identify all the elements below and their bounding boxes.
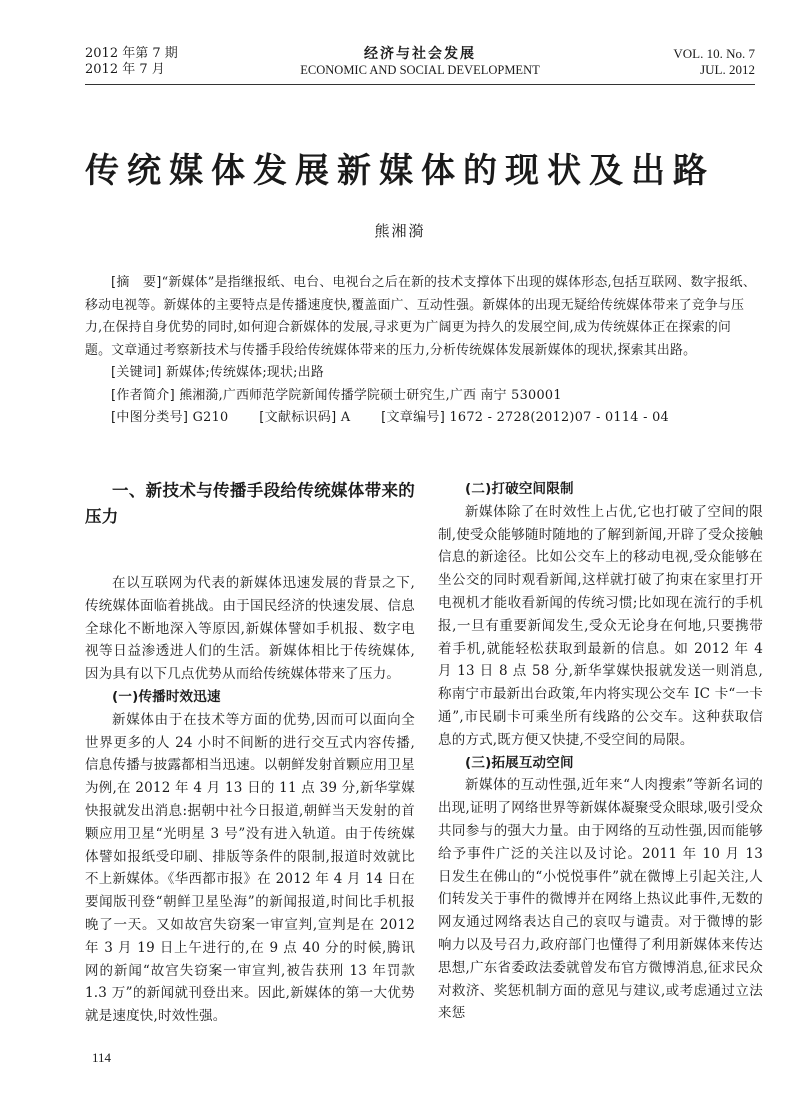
author-bio-value: 熊湘漪,广西师范学院新闻传播学院硕士研究生,广西 南宁 530001 xyxy=(179,388,561,403)
abstract-text: “新媒体”是指继报纸、电台、电视台之后在新的技术支撑体下出现的媒体形态,包括互联… xyxy=(85,275,756,358)
author-bio-line: [作者简介] 熊湘漪,广西师范学院新闻传播学院硕士研究生,广西 南宁 53000… xyxy=(85,385,757,408)
subsection-heading-1: (一)传播时效迅速 xyxy=(85,686,415,709)
section-1-intro: 在以互联网为代表的新媒体迅速发展的背景之下,传统媒体面临着挑战。由于国民经济的快… xyxy=(85,572,415,686)
article-title: 传统媒体发展新媒体的现状及出路 xyxy=(0,143,800,192)
clc-label: [中图分类号] xyxy=(111,410,188,425)
keywords-line: [关键词] 新媒体;传统媒体;现状;出路 xyxy=(85,362,757,385)
body-column-right: (二)打破空间限制 新媒体除了在时效性上占优,它也打破了空间的限制,使受众能够随… xyxy=(438,478,763,1025)
abstract-label: [摘 要] xyxy=(111,275,162,290)
volume-number: VOL. 10. No. 7 xyxy=(673,46,755,62)
section-heading-1: 一、新技术与传播手段给传统媒体带来的压力 xyxy=(85,478,415,530)
doc-code-label: [文献标识码] xyxy=(259,410,336,425)
body-column-left: 一、新技术与传播手段给传统媒体带来的压力 在以互联网为代表的新媒体迅速发展的背景… xyxy=(85,478,415,1028)
page-number: 114 xyxy=(92,1050,111,1066)
journal-name-cn: 经济与社会发展 xyxy=(85,46,755,62)
author-bio-label: [作者简介] xyxy=(111,388,175,403)
abstract-paragraph: [摘 要]“新媒体”是指继报纸、电台、电视台之后在新的技术支撑体下出现的媒体形态… xyxy=(85,272,757,362)
journal-header: 2012 年第 7 期 2012 年 7 月 经济与社会发展 ECONOMIC … xyxy=(85,46,755,85)
article-no-value: 1672 - 2728(2012)07 - 0114 - 04 xyxy=(449,410,669,425)
classification-line: [中图分类号] G210 [文献标识码] A [文章编号] 1672 - 272… xyxy=(85,407,757,430)
journal-name-en: ECONOMIC AND SOCIAL DEVELOPMENT xyxy=(85,62,755,78)
keywords-label: [关键词] xyxy=(111,365,162,380)
article-author: 熊湘漪 xyxy=(0,220,800,241)
subsection-2-text: 新媒体除了在时效性上占优,它也打破了空间的限制,使受众能够随时随地的了解到新闻,… xyxy=(438,501,763,752)
doc-code-value: A xyxy=(341,410,351,425)
subsection-3-text: 新媒体的互动性强,近年来“人肉搜索”等新名词的出现,证明了网络世界等新媒体凝聚受… xyxy=(438,774,763,1025)
header-journal-name: 经济与社会发展 ECONOMIC AND SOCIAL DEVELOPMENT xyxy=(85,46,755,78)
abstract-block: [摘 要]“新媒体”是指继报纸、电台、电视台之后在新的技术支撑体下出现的媒体形态… xyxy=(85,272,757,430)
article-no-label: [文章编号] xyxy=(381,410,445,425)
subsection-1-text: 新媒体由于在技术等方面的优势,因而可以面向全世界更多的人 24 小时不间断的进行… xyxy=(85,709,415,1028)
subsection-heading-3: (三)拓展互动空间 xyxy=(438,752,763,775)
subsection-heading-2: (二)打破空间限制 xyxy=(438,478,763,501)
keywords-value: 新媒体;传统媒体;现状;出路 xyxy=(166,365,324,380)
header-volume-info: VOL. 10. No. 7 JUL. 2012 xyxy=(673,46,755,78)
volume-date: JUL. 2012 xyxy=(673,62,755,78)
clc-value: G210 xyxy=(193,410,229,425)
